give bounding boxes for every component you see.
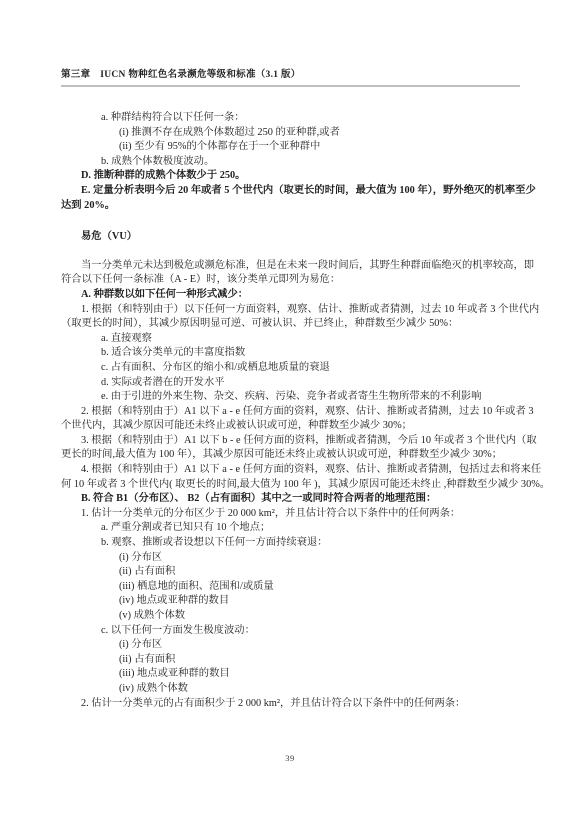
criterion-d: D. 推断种群的成熟个体数少于 250。 [61, 169, 520, 184]
document-body: a. 种群结构符合以下任何一条：(i) 推测不存在成熟个体数超过 250 的亚种… [61, 111, 520, 711]
list-item-a: a. 直接观察 [61, 332, 520, 347]
numbered-item-1: 1. 估计一分类单元的分布区少于 20 000 km²，并且估计符合以下条件中的… [61, 507, 520, 522]
numbered-item-3: 3. 根据（和特别由于）A1 以下 b - e 任何方面的资料，推断或者猜测，今… [61, 434, 520, 449]
list-item-b: b. 成熟个体数极度波动。 [61, 155, 520, 170]
list-item-b: b. 观察、推断或者设想以下任何一方面持续衰退： [61, 536, 520, 551]
numbered-item-2: 2. 估计一分类单元的占有面积少于 2 000 km²，并且估计符合以下条件中的… [61, 697, 520, 712]
list-item-a: a. 种群结构符合以下任何一条： [61, 111, 520, 126]
list-item-iii: (iii) 地点或亚种群的数目 [61, 667, 520, 682]
numbered-item-1-continuation: （取更长的时间），其减少原因明显可逆、可被认识、并已终止，种群数至少减少 50%… [61, 317, 520, 332]
numbered-item-4-continuation: 何 10 年或者 3 个世代内( 取更长的时间,最大值为 100 年 )，其减少… [61, 478, 520, 493]
section-heading-vu: 易危（VU） [61, 230, 520, 245]
list-item-iv: (iv) 地点或亚种群的数目 [61, 594, 520, 609]
page-footer: 39 [0, 748, 580, 766]
list-item-ii: (ii) 至少有 95%的个体都存在于一个亚种群中 [61, 140, 520, 155]
criterion-b: B. 符合 B1（分布区）、 B2（占有面积）其中之一或同时符合两者的地理范围： [61, 492, 520, 507]
numbered-item-2: 2. 根据（和特别由于）A1 以下 a - e 任何方面的资料，观察、估计、推断… [61, 405, 520, 420]
list-item-c: c. 占有面积、分布区的缩小和/或栖息地质量的衰退 [61, 361, 520, 376]
list-item-ii: (ii) 占有面积 [61, 653, 520, 668]
list-item-ii: (ii) 占有面积 [61, 565, 520, 580]
page-header: 第三章 IUCN 物种红色名录濒危等级和标准（3.1 版） [61, 66, 520, 87]
list-item-d: d. 实际或者潜在的开发水平 [61, 376, 520, 391]
paragraph-line: 符合以下任何一条标准（A - E）时，该分类单元即列为易危： [61, 273, 520, 288]
numbered-item-1: 1. 根据（和特别由于）以下任何一方面资料，观察、估计、推断或者猜测，过去 10… [61, 303, 520, 318]
list-item-b: b. 适合该分类单元的丰富度指数 [61, 346, 520, 361]
numbered-item-4: 4. 根据（和特别由于）A1 以下 a - e 任何方面的资料，观察、估计、推断… [61, 463, 520, 478]
numbered-item-2-continuation: 个世代内，其减少原因可能还未终止或被认识或可逆，种群数至少减少 30%； [61, 419, 520, 434]
list-item-c: c. 以下任何一方面发生极度波动： [61, 624, 520, 639]
page-number: 39 [285, 753, 295, 763]
list-item-v: (v) 成熟个体数 [61, 609, 520, 624]
list-item-i: (i) 推测不存在成熟个体数超过 250 的亚种群,或者 [61, 126, 520, 141]
list-item-a: a. 严重分割或者已知只有 10 个地点； [61, 521, 520, 536]
list-item-iv: (iv) 成熟个体数 [61, 682, 520, 697]
document-page: 第三章 IUCN 物种红色名录濒危等级和标准（3.1 版） a. 种群结构符合以… [0, 0, 580, 821]
paragraph-line: 当一分类单元未达到极危或濒危标准，但是在未来一段时间后，其野生种群面临绝灭的机率… [61, 259, 520, 274]
numbered-item-3-continuation: 更长的时间,最大值为 100 年），其减少原因可能还未终止或被认识或可逆，种群数… [61, 448, 520, 463]
criterion-e-continuation: 达到 20%。 [61, 199, 520, 214]
chapter-header-title: 第三章 IUCN 物种红色名录濒危等级和标准（3.1 版） [61, 66, 520, 80]
list-item-i: (i) 分布区 [61, 551, 520, 566]
list-item-e: e. 由于引进的外来生物、杂交、疾病、污染、竞争者或者寄生生物所带来的不利影响 [61, 390, 520, 405]
list-item-iii: (iii) 栖息地的面积、范围和/或质量 [61, 580, 520, 595]
list-item-i: (i) 分布区 [61, 638, 520, 653]
criterion-a: A. 种群数以如下任何一种形式减少： [61, 288, 520, 303]
criterion-e: E. 定量分析表明今后 20 年或者 5 个世代内（取更长的时间，最大值为 10… [61, 184, 520, 199]
